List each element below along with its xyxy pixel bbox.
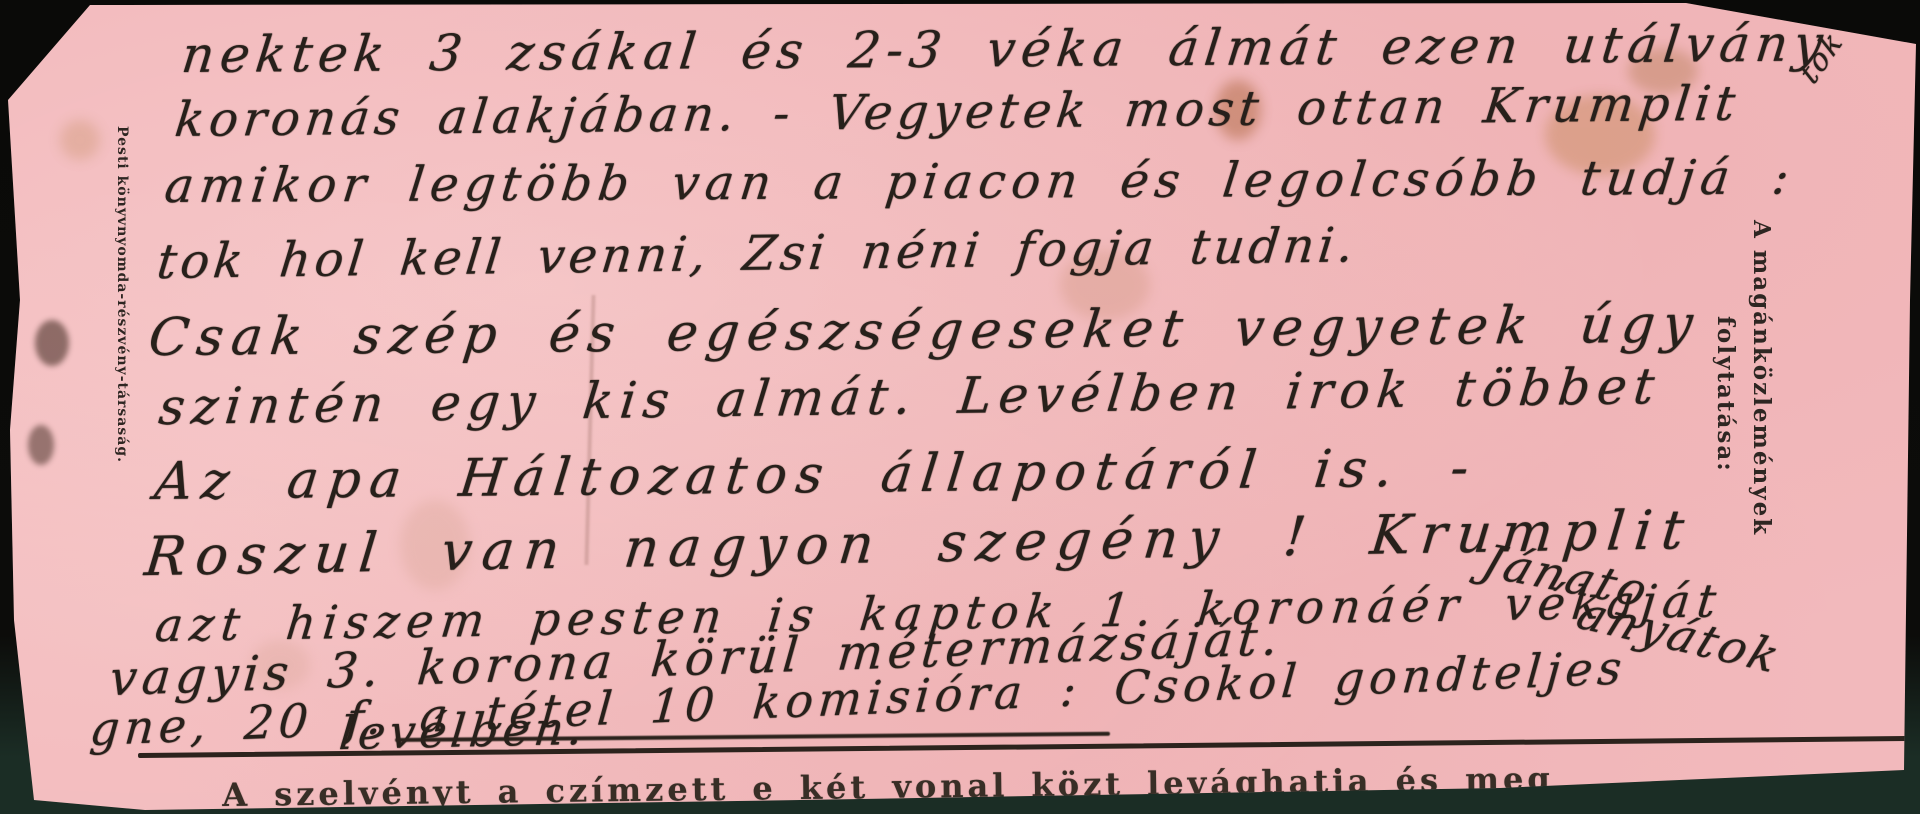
stain	[60, 120, 100, 160]
handwritten-line-5: Csak szép és egészségeseket vegyetek úgy	[146, 298, 1703, 364]
handwritten-line-6: szintén egy kis almát. Levélben irok töb…	[157, 361, 1664, 432]
edge-nick	[35, 320, 69, 366]
private-message-heading-line1: A magánközlemények	[1748, 220, 1775, 536]
printer-imprint-vertical: Pesti könyvnyomda-részvény-társaság.	[114, 126, 130, 463]
handwritten-line-8: Roszul van nagyon szegény ! Krumplit	[142, 503, 1696, 584]
handwritten-line-3: amikor legtöbb van a piacon és legolcsób…	[162, 153, 1797, 210]
handwritten-line-4: tok hol kell venni, Zsi néni fogja tudni…	[155, 221, 1360, 286]
document-card: Pesti könyvnyomda-részvény-társaság. A m…	[0, 0, 1920, 814]
private-message-heading-line2: folytatása:	[1712, 316, 1739, 473]
handwritten-line-1: nektek 3 zsákal és 2-3 véka álmát ezen u…	[179, 19, 1831, 81]
handwritten-line-2: koronás alakjában. - Vegyetek most ottan…	[173, 80, 1743, 144]
edge-nick	[28, 425, 54, 465]
scanned-document-scene: Pesti könyvnyomda-részvény-társaság. A m…	[0, 0, 1920, 814]
handwritten-line-7: Az apa Háltozatos állapotáról is. -	[152, 442, 1480, 508]
cut-instruction-line: A szelvényt a czímzett e két vonal közt …	[222, 760, 1554, 814]
